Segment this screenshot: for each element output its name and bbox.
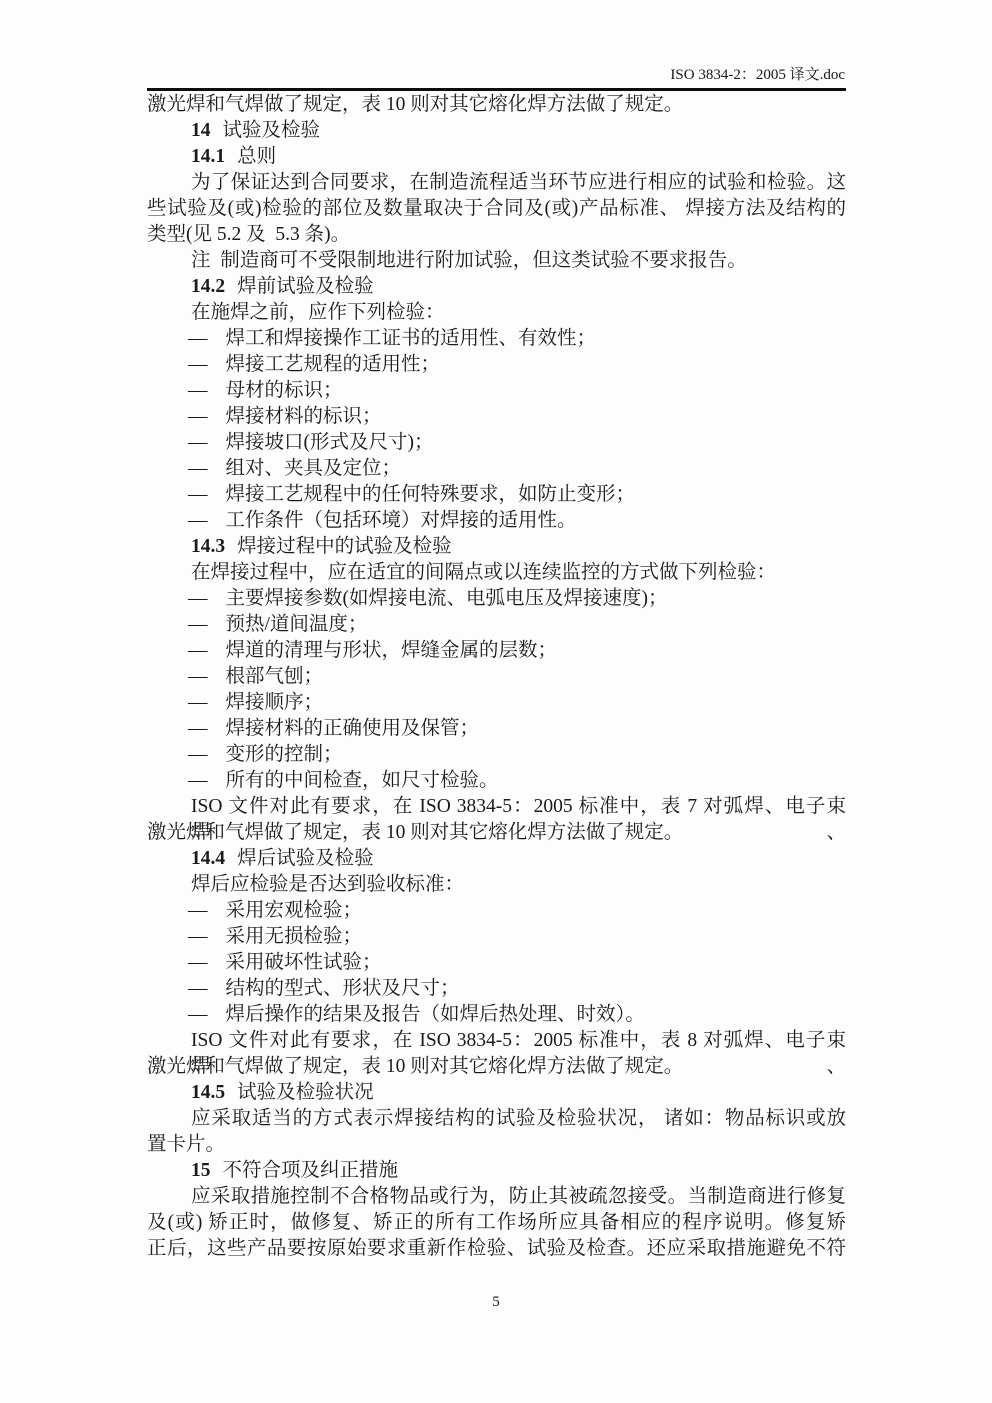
dash-icon: — [188,456,208,482]
text-line: 注 制造商可不受限制地进行附加试验，但这类试验不要求报告。 [147,248,846,274]
text-line: 正后，这些产品要按原始要求重新作检验、试验及检查。还应采取措施避免不符 [147,1236,846,1262]
list-item-text: 变形的控制； [226,744,343,765]
section-title: 焊接过程中的试验及检验 [237,536,452,557]
section-title: 试验及检验状况 [237,1082,374,1103]
text-line: 焊后应检验是否达到验收标准： [147,872,846,898]
list-item-text: 采用宏观检验； [226,900,363,921]
list-item-text: 焊道的清理与形状，焊缝金属的层数； [226,640,558,661]
section-heading: 14.5试验及检验状况 [147,1080,846,1106]
section-number: 15 [191,1160,211,1181]
list-item: —结构的型式、形状及尺寸； [147,976,846,1002]
section-number: 14.5 [191,1082,225,1103]
text-line: ISO 文件对此有要求，在 ISO 3834-5：2005 标准中，表 8 对弧… [147,1028,846,1054]
list-item-text: 焊接工艺规程中的任何特殊要求，如防止变形； [226,484,636,505]
section-number: 14.4 [191,848,225,869]
list-item: —预热/道间温度； [147,612,846,638]
dash-icon: — [188,690,208,716]
document-page: ISO 3834-2：2005 译文.doc 激光焊和气焊做了规定，表 10 则… [0,0,992,1403]
section-number: 14.3 [191,536,225,557]
list-item-text: 组对、夹具及定位； [226,458,402,479]
list-item: —焊道的清理与形状，焊缝金属的层数； [147,638,846,664]
list-item-text: 母材的标识； [226,380,343,401]
section-title: 焊后试验及检验 [237,848,374,869]
section-title: 焊前试验及检验 [237,276,374,297]
page-number: 5 [492,1294,500,1310]
list-item-text: 焊接工艺规程的适用性； [226,354,441,375]
list-item: —采用宏观检验； [147,898,846,924]
dash-icon: — [188,950,208,976]
document-body: 激光焊和气焊做了规定，表 10 则对其它熔化焊方法做了规定。14试验及检验14.… [147,92,846,1262]
list-item: —焊接材料的正确使用及保管； [147,716,846,742]
dash-icon: — [188,716,208,742]
list-item-text: 工作条件（包括环境）对焊接的适用性。 [226,510,577,531]
dash-icon: — [188,586,208,612]
list-item: —工作条件（包括环境）对焊接的适用性。 [147,508,846,534]
section-title: 不符合项及纠正措施 [223,1160,399,1181]
section-heading: 15不符合项及纠正措施 [147,1158,846,1184]
section-title: 总则 [237,146,276,167]
list-item-text: 主要焊接参数(如焊接电流、电弧电压及焊接速度)； [226,588,668,609]
dash-icon: — [188,404,208,430]
list-item: —所有的中间检查，如尺寸检验。 [147,768,846,794]
section-heading: 14.2焊前试验及检验 [147,274,846,300]
list-item-text: 焊接顺序； [226,692,324,713]
dash-icon: — [188,768,208,794]
list-item-text: 焊后操作的结果及报告（如焊后热处理、时效）。 [226,1004,645,1025]
list-item-text: 结构的型式、形状及尺寸； [226,978,460,999]
section-heading: 14.4焊后试验及检验 [147,846,846,872]
text-line: 应采取适当的方式表示焊接结构的试验及检验状况， 诸如：物品标识或放 [147,1106,846,1132]
section-title: 试验及检验 [223,120,321,141]
section-number: 14.2 [191,276,225,297]
section-heading: 14试验及检验 [147,118,846,144]
text-line: 置卡片。 [147,1132,846,1158]
list-item-text: 根部气刨； [226,666,324,687]
list-item-text: 采用无损检验； [226,926,363,947]
text-line: 在施焊之前，应作下列检验： [147,300,846,326]
text-line: 激光焊和气焊做了规定，表 10 则对其它熔化焊方法做了规定。 [147,92,846,118]
header-filename: ISO 3834-2：2005 译文.doc [670,65,845,85]
dash-icon: — [188,326,208,352]
dash-icon: — [188,430,208,456]
list-item-text: 采用破坏性试验； [226,952,382,973]
text-line: ISO 文件对此有要求，在 ISO 3834-5：2005 标准中，表 7 对弧… [147,794,846,820]
list-item: —根部气刨； [147,664,846,690]
dash-icon: — [188,924,208,950]
text-line: 类型(见 5.2 及 5.3 条)。 [147,222,846,248]
page-footer: 5 [0,1294,992,1311]
list-item-text: 预热/道间温度； [226,614,368,635]
list-item-text: 焊接材料的正确使用及保管； [226,718,480,739]
list-item-text: 所有的中间检查，如尺寸检验。 [226,770,499,791]
text-line: 些试验及(或)检验的部位及数量取决于合同及(或)产品标准、 焊接方法及结构的 [147,196,846,222]
dash-icon: — [188,742,208,768]
list-item: —采用无损检验； [147,924,846,950]
text-line: 为了保证达到合同要求，在制造流程适当环节应进行相应的试验和检验。这 [147,170,846,196]
list-item-text: 焊接坡口(形式及尺寸)； [226,432,434,453]
list-item: —焊后操作的结果及报告（如焊后热处理、时效）。 [147,1002,846,1028]
dash-icon: — [188,482,208,508]
section-number: 14 [191,120,211,141]
header-rule [147,88,846,91]
list-item: —焊接工艺规程的适用性； [147,352,846,378]
list-item-text: 焊工和焊接操作工证书的适用性、有效性； [226,328,597,349]
list-item: —组对、夹具及定位； [147,456,846,482]
dash-icon: — [188,1002,208,1028]
section-heading: 14.1总则 [147,144,846,170]
dash-icon: — [188,378,208,404]
dash-icon: — [188,976,208,1002]
list-item: —采用破坏性试验； [147,950,846,976]
list-item: —焊工和焊接操作工证书的适用性、有效性； [147,326,846,352]
list-item: —焊接顺序； [147,690,846,716]
dash-icon: — [188,898,208,924]
dash-icon: — [188,508,208,534]
dash-icon: — [188,352,208,378]
section-number: 14.1 [191,146,225,167]
list-item: —焊接材料的标识； [147,404,846,430]
list-item: —焊接工艺规程中的任何特殊要求，如防止变形； [147,482,846,508]
section-heading: 14.3焊接过程中的试验及检验 [147,534,846,560]
list-item-text: 焊接材料的标识； [226,406,382,427]
text-line: 及(或) 矫正时，做修复、矫正的所有工作场所应具备相应的程序说明。修复矫 [147,1210,846,1236]
list-item: —变形的控制； [147,742,846,768]
list-item: —主要焊接参数(如焊接电流、电弧电压及焊接速度)； [147,586,846,612]
list-item: —母材的标识； [147,378,846,404]
dash-icon: — [188,638,208,664]
text-line: 应采取措施控制不合格物品或行为，防止其被疏忽接受。当制造商进行修复 [147,1184,846,1210]
list-item: —焊接坡口(形式及尺寸)； [147,430,846,456]
dash-icon: — [188,664,208,690]
dash-icon: — [188,612,208,638]
text-line: 在焊接过程中，应在适宜的间隔点或以连续监控的方式做下列检验： [147,560,846,586]
